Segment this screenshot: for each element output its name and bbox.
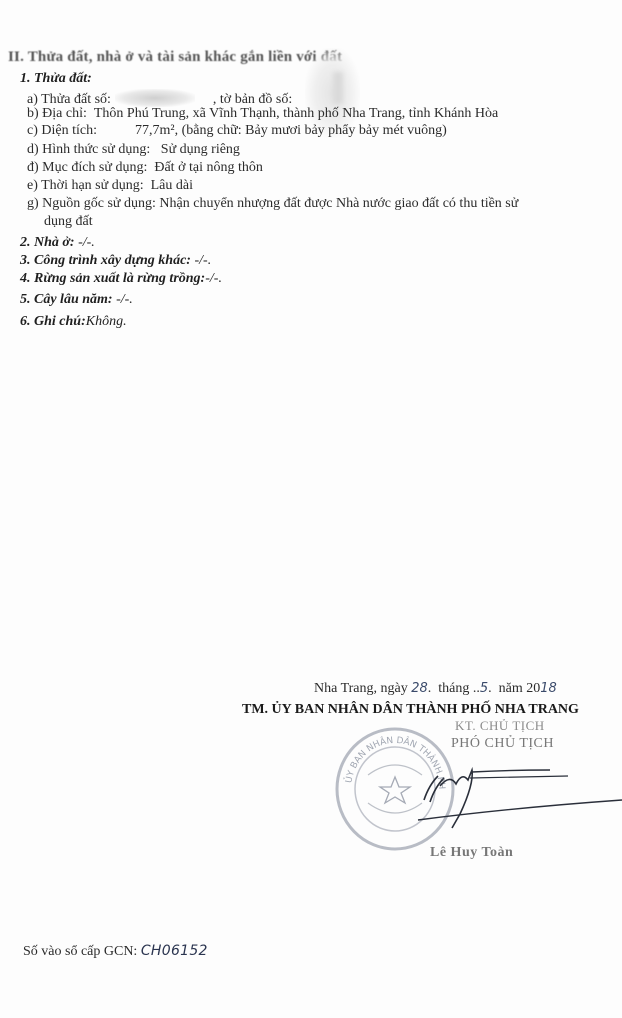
handwritten-day: 28 [411,681,428,696]
section-other-construction: 3. Công trình xây dựng khác: -/-. [20,253,211,269]
area-line: c) Diện tích:77,7m², (bằng chữ: Bảy mươi… [27,123,447,139]
address-line: b) Địa chỉ: Thôn Phú Trung, xã Vĩnh Thạn… [27,106,498,122]
signer-name: Lê Huy Toàn [430,845,513,861]
section-heading: II. Thửa đất, nhà ở và tài sản khác gắn … [8,49,342,66]
issue-date-line: Nha Trang, ngày 28. tháng ..5. năm 2018 [314,681,557,697]
usage-origin-continuation: dụng đất [44,214,93,230]
usage-origin-line: g) Nguồn gốc sử dụng: Nhận chuyển nhượng… [27,196,518,212]
usage-purpose-line: đ) Mục đích sử dụng: Đất ở tại nông thôn [27,160,263,176]
section-land-parcel-title: 1. Thửa đất: [20,71,92,87]
issuing-authority: TM. ỦY BAN NHÂN DÂN THÀNH PHỐ NHA TRANG [242,702,579,718]
section-housing: 2. Nhà ở: -/-. [20,235,95,251]
usage-form-line: d) Hình thức sử dụng: Sử dụng riêng [27,142,240,158]
handwritten-month: 5 [480,681,488,696]
handwritten-registry-number: CH06152 [141,943,208,959]
certificate-registry-line: Số vào sổ cấp GCN: CH06152 [23,943,208,960]
section-planted-forest: 4. Rừng sản xuất là rừng trồng:-/-. [20,271,222,287]
signature-icon [400,750,622,830]
section-notes: 6. Ghi chú:Không. [20,314,127,330]
deputy-label: KT. CHỦ TỊCH [455,718,545,734]
redaction-mark-core [333,72,343,104]
redacted-parcel-number [115,89,195,107]
section-perennial-trees: 5. Cây lâu năm: -/-. [20,292,133,308]
handwritten-year: 18 [540,681,557,696]
usage-term-line: e) Thời hạn sử dụng: Lâu dài [27,178,193,194]
